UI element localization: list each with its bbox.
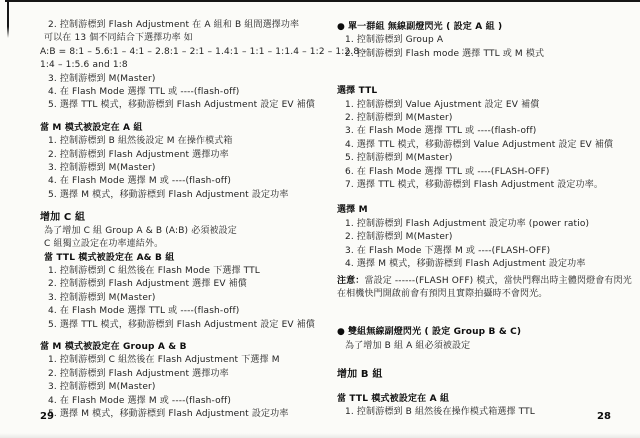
section-heading: 選擇 M	[337, 204, 629, 217]
section-select-ttl: 選擇 TTL 1. 控制游標到 Value Ajustment 設定 EV 補償…	[337, 85, 629, 192]
text-line: 1. 控制游標到 Flash Adjustment 設定功率 (power ra…	[337, 218, 629, 231]
left-page-column: 2. 控制游標到 Flash Adjustment 在 A 組和 B 組間選擇功…	[40, 19, 327, 421]
scanned-manual-page: 2. 控制游標到 Flash Adjustment 在 A 組和 B 組間選擇功…	[0, 0, 640, 438]
text-line: 3. 在 Flash Mode 下選擇 M 或 ----(FLASH-OFF)	[337, 245, 629, 258]
text-line: 4. 選擇 TTL 模式，移動游標到 Value Adjustment 設定 E…	[337, 139, 629, 152]
note-text: 當設定 ------(FLASH OFF) 模式，當快門釋出時主體閃燈會有閃光	[364, 276, 631, 286]
text-line: 5. 選擇 TTL 模式，移動游標到 Flash Adjustment 設定 E…	[40, 99, 327, 112]
section-add-group-b: 增加 B 組	[337, 368, 629, 381]
section-select-m: 選擇 M 1. 控制游標到 Flash Adjustment 設定功率 (pow…	[337, 204, 629, 271]
text-line: 1. 控制游標到 B 組然後設定 M 在操作模式箱	[40, 135, 327, 148]
note-text: 在相機快門開啟前會有預閃且實際拍攝時不會閃光。	[337, 288, 629, 301]
text-line: A:B = 8:1 – 5.6:1 – 4:1 – 2.8:1 – 2:1 – …	[40, 46, 327, 59]
text-line: 1. 控制游標到 C 組然後在 Flash Mode 下選擇 TTL	[40, 265, 327, 278]
text-line: 5. 選擇 TTL 模式，移動游標到 Flash Adjustment 設定 E…	[40, 319, 327, 332]
text-line: 4. 在 Flash Mode 選擇 TTL 或 ----(flash-off)	[40, 305, 327, 318]
section-heading: 單一群組 無線副燈閃光 ( 設定 A 組 )	[348, 22, 502, 32]
text-line: 2. 控制游標到 Flash mode 選擇 TTL 或 M 模式	[337, 48, 629, 61]
section-two-group-wireless: ●雙組無線副燈閃光 ( 設定 Group B & C) 為了增加 B 組 A 組…	[337, 326, 629, 353]
text-line: 5. 選擇 M 模式，移動游標到 Flash Adjustment 設定功率	[40, 408, 327, 421]
section-ttl-set-group-a: 當 TTL 模式被設定在 A 組 1. 控制游標到 B 組然後在操作模式箱選擇 …	[337, 393, 629, 420]
scan-edge-left	[7, 0, 9, 38]
right-page-column: ●單一群組 無線副燈閃光 ( 設定 A 組 ) 1. 控制游標到 Group A…	[337, 21, 629, 419]
text-line: 4. 選擇 M 模式，移動游標到 Flash Adjustment 設定功率	[337, 258, 629, 271]
text-line: 3. 控制游標到 M(Master)	[40, 381, 327, 394]
section-heading: 增加 B 組	[337, 368, 629, 381]
section-single-group-wireless: ●單一群組 無線副燈閃光 ( 設定 A 組 ) 1. 控制游標到 Group A…	[337, 21, 629, 61]
sub-section-heading: 當 TTL 模式被設定在 A& B 組	[40, 252, 327, 265]
page-number-left: 29	[40, 411, 54, 422]
text-line: 4. 在 Flash Mode 選擇 TTL 或 ----(flash-off)	[40, 86, 327, 99]
text-line: 3. 控制游標到 M(Master)	[40, 162, 327, 175]
text-line: 4. 在 Flash Mode 選擇 M 或 ----(flash-off)	[40, 175, 327, 188]
text-line: 2. 控制游標到 Flash Adjustment 選擇功率	[40, 149, 327, 162]
text-line: 3. 控制游標到 M(Master)	[40, 73, 327, 86]
text-line: 可以在 13 個不同結合下選擇功率 如	[40, 32, 327, 45]
bullet-icon: ●	[337, 326, 345, 339]
scan-shadow-bottom	[0, 433, 640, 438]
section-m-mode-group-ab: 當 M 模式被設定在 Group A & B 1. 控制游標到 C 組然後在 F…	[40, 341, 327, 421]
text-line: 3. 在 Flash Mode 選擇 TTL 或 ----(flash-off)	[337, 125, 629, 138]
text-line: 6. 在 Flash Mode 選擇 TTL 或 ----(FLASH-OFF)	[337, 166, 629, 179]
text-line: 1. 控制游標到 B 組然後在操作模式箱選擇 TTL	[337, 406, 629, 419]
text-line: 2. 控制游標到 Flash Adjustment 選擇功率	[40, 368, 327, 381]
text-line: 2. 控制游標到 Flash Adjustment 選擇 EV 補償	[40, 278, 327, 291]
text-line: 1:4 – 1:5.6 and 1:8	[40, 59, 327, 72]
section-heading: 當 TTL 模式被設定在 A 組	[337, 393, 629, 406]
text-line: 2. 控制游標到 M(Master)	[337, 112, 629, 125]
text-line: 1. 控制游標到 C 組然後在 Flash Adjustment 下選擇 M	[40, 354, 327, 367]
scan-edge-top	[5, 0, 640, 2]
text-line: 1. 控制游標到 Group A	[337, 34, 629, 47]
section-add-group-c: 增加 C 組 為了增加 C 組 Group A & B (A:B) 必須被設定 …	[40, 211, 327, 332]
page-number-right: 28	[597, 411, 611, 422]
section-heading: 選擇 TTL	[337, 85, 629, 98]
text-line: 5. 選擇 M 模式，移動游標到 Flash Adjustment 設定功率	[40, 189, 327, 202]
text-line: 為了增加 C 組 Group A & B (A:B) 必須被設定	[40, 225, 327, 238]
section-heading: 雙組無線副燈閃光 ( 設定 Group B & C)	[348, 327, 521, 337]
section-continued-steps: 2. 控制游標到 Flash Adjustment 在 A 組和 B 組間選擇功…	[40, 19, 327, 113]
section-heading: 當 M 模式被設定在 A 組	[40, 122, 327, 135]
section-m-mode-group-a: 當 M 模式被設定在 A 組 1. 控制游標到 B 組然後設定 M 在操作模式箱…	[40, 122, 327, 202]
section-heading: 當 M 模式被設定在 Group A & B	[40, 341, 327, 354]
text-line: 2. 控制游標到 Flash Adjustment 在 A 組和 B 組間選擇功…	[40, 19, 327, 32]
text-line: 為了增加 B 組 A 組必須被設定	[337, 340, 629, 353]
section-heading: 增加 C 組	[40, 211, 327, 224]
text-line: 2. 控制游標到 M(Master)	[337, 231, 629, 244]
text-line: C 組獨立設定在功率連結外。	[40, 238, 327, 251]
bullet-icon: ●	[337, 21, 345, 34]
text-line: 7. 選擇 TTL 模式，移動游標到 Flash Adjustment 設定功率…	[337, 179, 629, 192]
text-line: 5. 控制游標到 M(Master)	[337, 152, 629, 165]
note-label: 注意：	[337, 276, 364, 286]
text-line: 1. 控制游標到 Value Ajustment 設定 EV 補償	[337, 99, 629, 112]
text-line: 3. 控制游標到 M(Master)	[40, 292, 327, 305]
text-line: 4. 在 Flash Mode 選擇 M 或 ----(flash-off)	[40, 395, 327, 408]
note-block: 注意：當設定 ------(FLASH OFF) 模式，當快門釋出時主體閃燈會有…	[337, 275, 629, 302]
